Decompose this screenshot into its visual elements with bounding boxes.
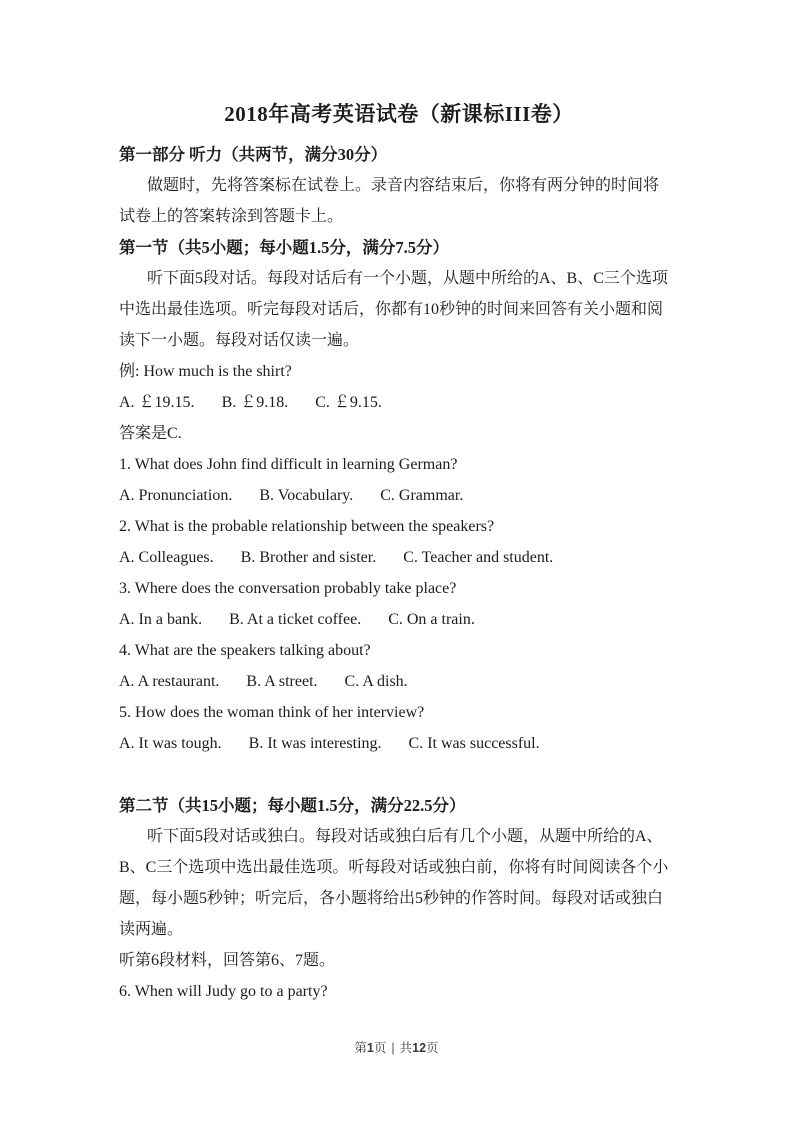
part1-intro-line-2: 试卷上的答案转涂到答题卡上。 <box>119 201 679 232</box>
footer-total-prefix: 共 <box>400 1041 413 1055</box>
section1-instructions-line-3: 读下一小题。每段对话仅读一遍。 <box>119 325 679 356</box>
question-4: 4. What are the speakers talking about? <box>119 635 679 666</box>
question-5-option-b: B. It was interesting. <box>249 728 382 759</box>
example-option-b: B. ￡9.18. <box>222 387 289 418</box>
page-title: 2018年高考英语试卷（新课标III卷） <box>119 97 679 131</box>
exam-document-page: 2018年高考英语试卷（新课标III卷） 第一部分 听力（共两节，满分30分） … <box>0 0 793 1122</box>
footer-page-prefix: 第 <box>354 1041 367 1055</box>
footer-total-suffix: 页 <box>426 1041 439 1055</box>
question-1: 1. What does John find difficult in lear… <box>119 449 679 480</box>
question-4-option-a: A. A restaurant. <box>119 666 219 697</box>
example-option-c: C. ￡9.15. <box>315 387 382 418</box>
question-3-options-row: A. In a bank. B. At a ticket coffee. C. … <box>119 604 679 635</box>
section2-instructions-line-4: 读两遍。 <box>119 914 679 945</box>
footer-page-suffix: 页 <box>374 1041 387 1055</box>
question-1-options-row: A. Pronunciation. B. Vocabulary. C. Gram… <box>119 480 679 511</box>
question-4-option-b: B. A street. <box>246 666 317 697</box>
question-4-options-row: A. A restaurant. B. A street. C. A dish. <box>119 666 679 697</box>
part1-intro-line-1: 做题时，先将答案标在试卷上。录音内容结束后，你将有两分钟的时间将 <box>119 170 679 201</box>
footer-separator: | <box>386 1041 399 1055</box>
spacer-line <box>119 759 679 790</box>
question-2-options-row: A. Colleagues. B. Brother and sister. C.… <box>119 542 679 573</box>
section2-heading: 第二节（共15小题；每小题1.5分，满分22.5分） <box>119 790 679 821</box>
example-answer: 答案是C. <box>119 418 679 449</box>
question-2-option-a: A. Colleagues. <box>119 542 214 573</box>
section2-instructions-line-3: 题，每小题5秒钟；听完后，各小题将给出5秒钟的作答时间。每段对话或独白 <box>119 883 679 914</box>
question-1-option-c: C. Grammar. <box>380 480 463 511</box>
section1-heading: 第一节（共5小题；每小题1.5分，满分7.5分） <box>119 232 679 263</box>
question-5: 5. How does the woman think of her inter… <box>119 697 679 728</box>
question-1-option-b: B. Vocabulary. <box>259 480 353 511</box>
section1-instructions-line-2: 中选出最佳选项。听完每段对话后，你都有10秒钟的时间来回答有关小题和阅 <box>119 294 679 325</box>
question-2: 2. What is the probable relationship bet… <box>119 511 679 542</box>
material-note: 听第6段材料，回答第6、7题。 <box>119 945 679 976</box>
footer-page-number: 1 <box>367 1041 374 1055</box>
part1-heading: 第一部分 听力（共两节，满分30分） <box>119 139 679 170</box>
section2-instructions-line-1: 听下面5段对话或独白。每段对话或独白后有几个小题，从题中所给的A、 <box>119 821 679 852</box>
question-3-option-b: B. At a ticket coffee. <box>229 604 361 635</box>
question-5-option-c: C. It was successful. <box>409 728 540 759</box>
question-4-option-c: C. A dish. <box>345 666 408 697</box>
question-3-option-a: A. In a bank. <box>119 604 202 635</box>
page-footer: 第1页|共12页 <box>0 1040 793 1056</box>
section2-instructions-line-2: B、C三个选项中选出最佳选项。听每段对话或独白前，你将有时间阅读各个小 <box>119 852 679 883</box>
question-3-option-c: C. On a train. <box>388 604 475 635</box>
question-2-option-c: C. Teacher and student. <box>403 542 553 573</box>
question-5-options-row: A. It was tough. B. It was interesting. … <box>119 728 679 759</box>
section1-instructions-line-1: 听下面5段对话。每段对话后有一个小题，从题中所给的A、B、C三个选项 <box>119 263 679 294</box>
question-3: 3. Where does the conversation probably … <box>119 573 679 604</box>
question-6: 6. When will Judy go to a party? <box>119 976 679 1007</box>
footer-total-number: 12 <box>412 1041 426 1055</box>
example-options-row: A. ￡19.15. B. ￡9.18. C. ￡9.15. <box>119 387 679 418</box>
document-content: 2018年高考英语试卷（新课标III卷） 第一部分 听力（共两节，满分30分） … <box>119 97 679 1007</box>
question-2-option-b: B. Brother and sister. <box>241 542 377 573</box>
question-1-option-a: A. Pronunciation. <box>119 480 232 511</box>
example-question: 例: How much is the shirt? <box>119 356 679 387</box>
question-5-option-a: A. It was tough. <box>119 728 222 759</box>
example-option-a: A. ￡19.15. <box>119 387 195 418</box>
